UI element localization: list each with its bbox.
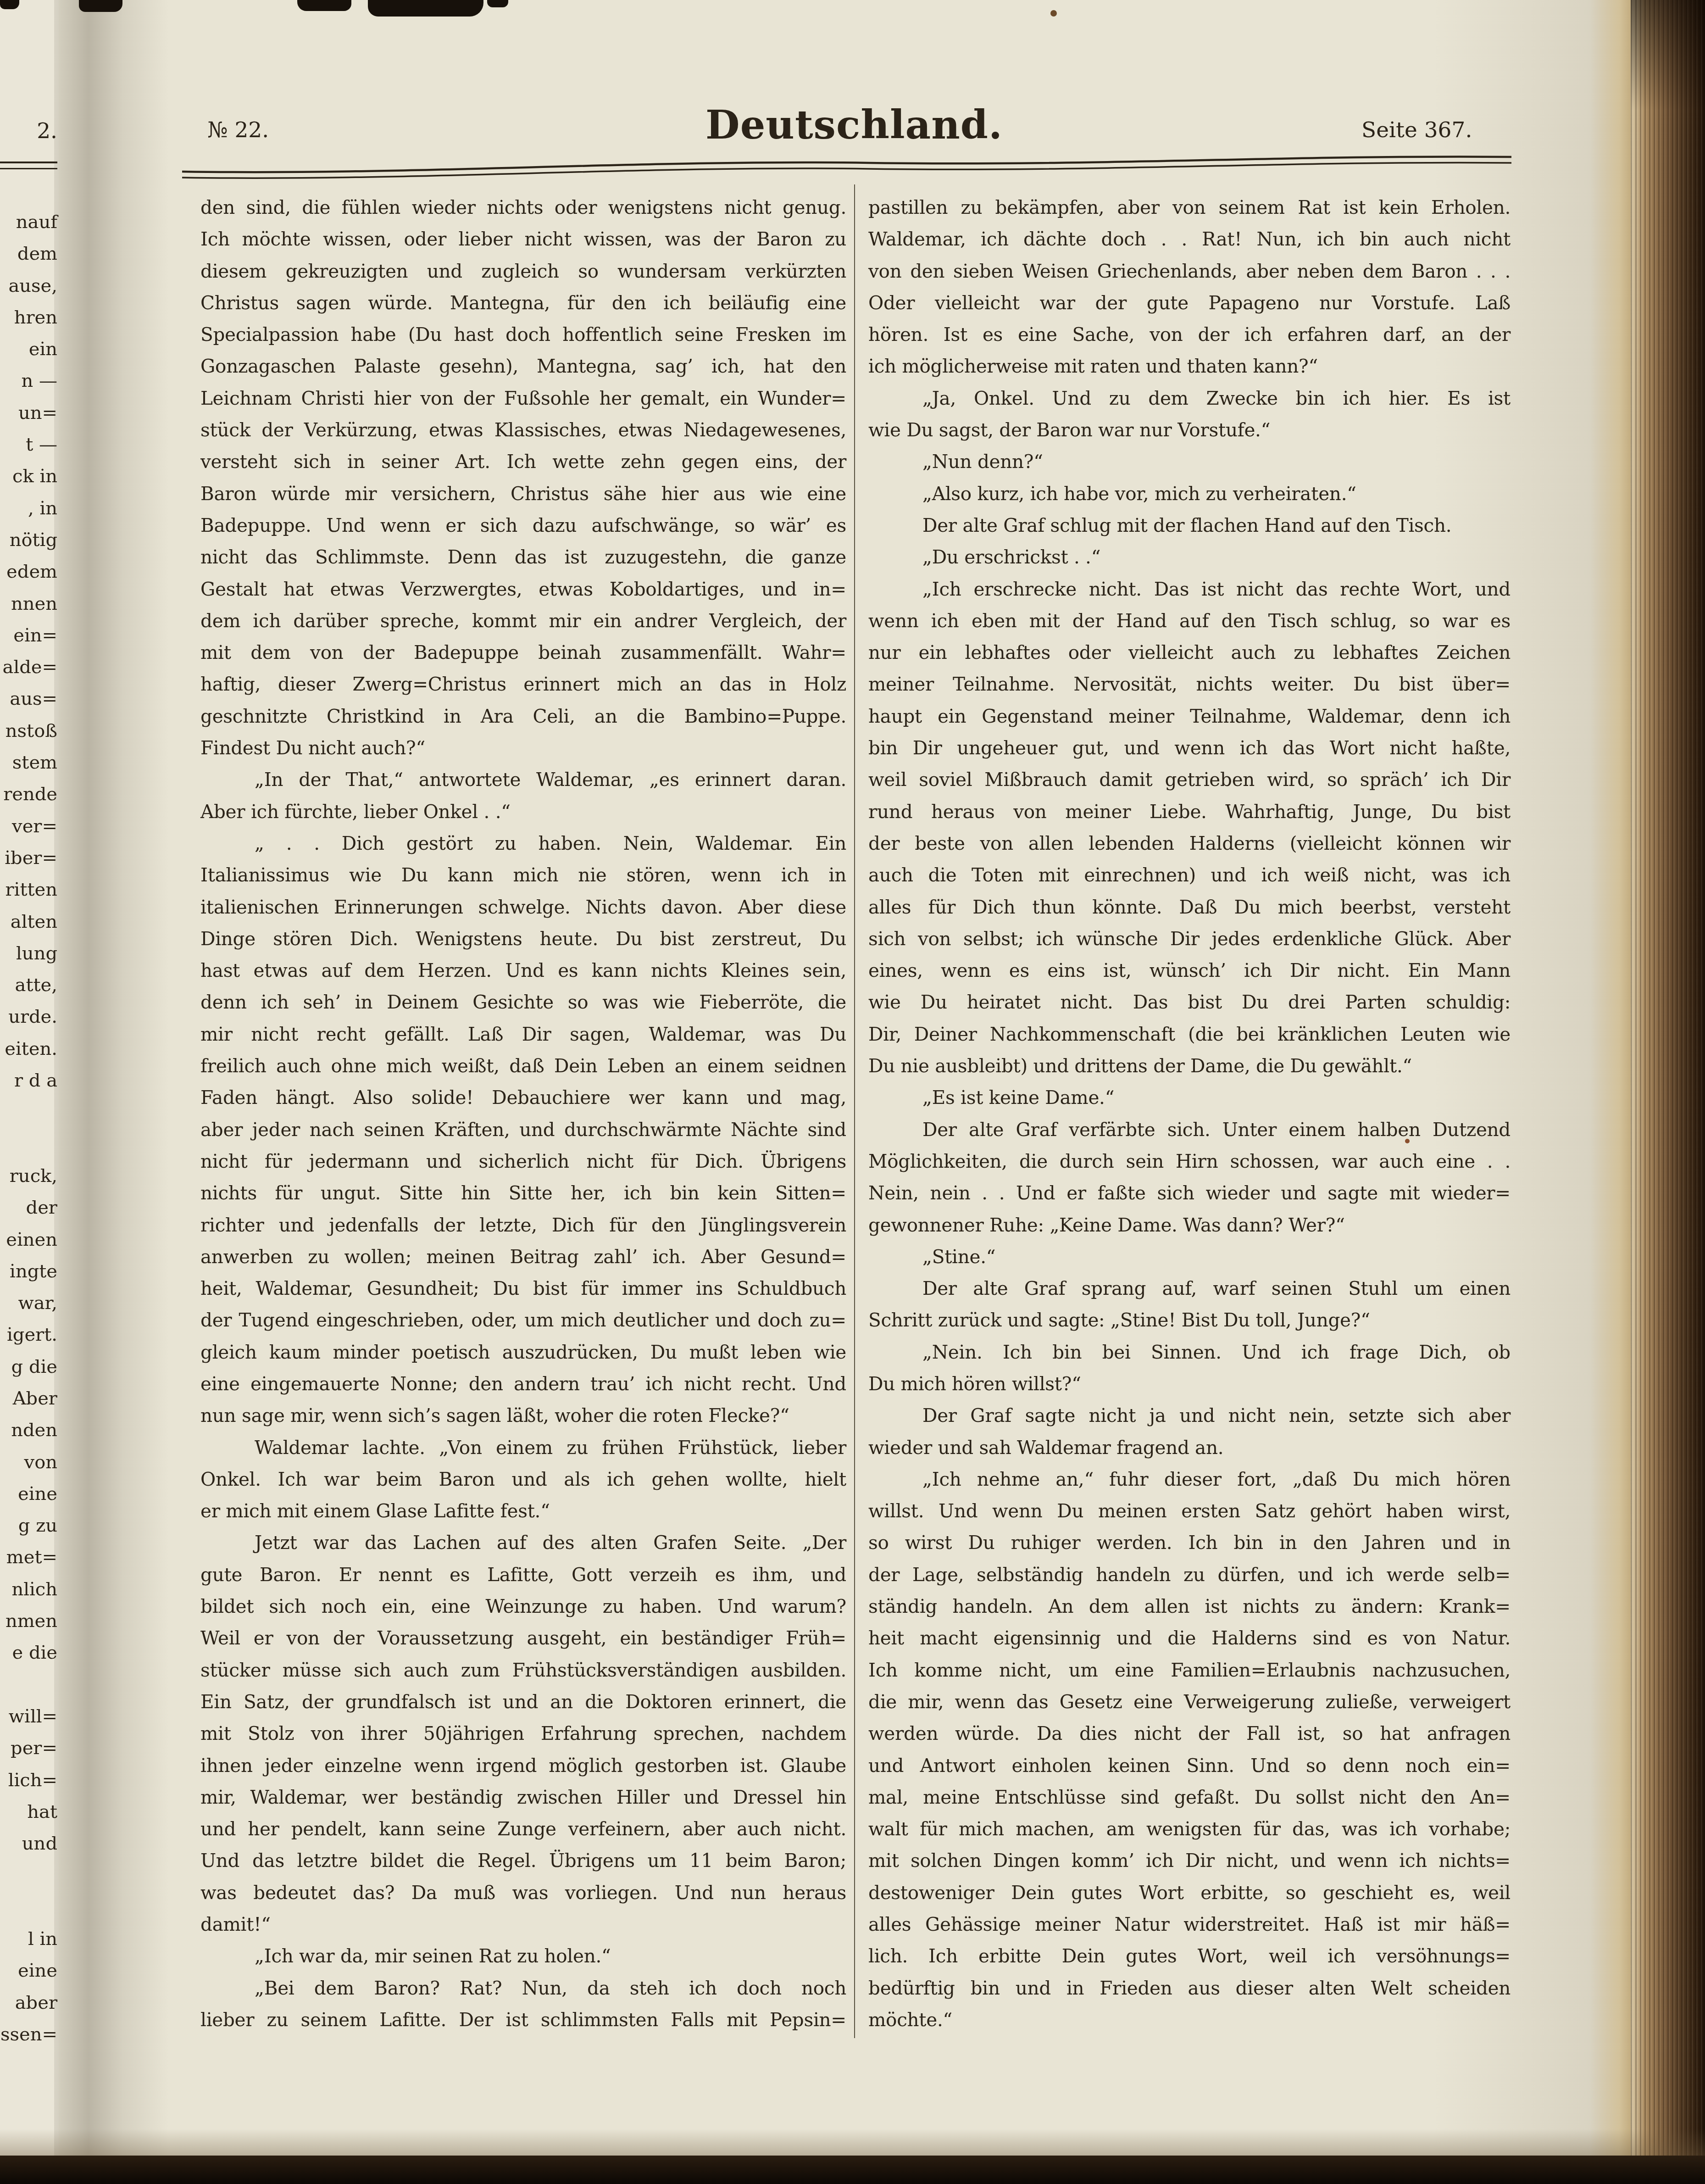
text-line: Specialpassion habe (Du hast doch hoffen… — [200, 319, 846, 351]
text-line-fragment: der — [0, 1192, 57, 1224]
text-line: auch die Toten mit einrechnen) und ich w… — [868, 859, 1511, 891]
text-line: mit dem von der Badepuppe beinah zusamme… — [200, 637, 846, 669]
text-line: bedürftig bin und in Frieden aus dieser … — [868, 1972, 1511, 2004]
text-line: werden würde. Da dies nicht der Fall ist… — [868, 1718, 1511, 1749]
text-line: Italianissimus wie Du kann mich nie stör… — [200, 859, 846, 891]
text-line: Jetzt war das Lachen auf des alten Grafe… — [200, 1527, 846, 1559]
text-line: anwerben zu wollen; meinen Beitrag zahl’… — [200, 1241, 846, 1273]
column-divider-rule — [854, 184, 855, 2038]
neighbor-header-fragment: 2. — [0, 118, 57, 144]
text-line: Der Graf sagte nicht ja und nicht nein, … — [868, 1400, 1511, 1432]
text-line: alles Gehässige meiner Natur widerstreit… — [868, 1909, 1511, 1940]
text-line-fragment: alde= — [0, 652, 57, 683]
text-line: möchte.“ — [868, 2004, 1511, 2036]
text-line-fragment: stem — [0, 747, 57, 779]
text-line: mit solchen Dingen komm’ ich Dir nicht, … — [868, 1845, 1511, 1877]
text-line-fragment: aus= — [0, 683, 57, 715]
text-line: Dir, Deiner Nachkommenschaft (die bei kr… — [868, 1019, 1511, 1050]
text-line: Und das letztre bildet die Regel. Übrige… — [200, 1845, 846, 1877]
text-line: geschnitzte Christkind in Ara Celi, an d… — [200, 701, 846, 732]
text-line-fragment: un= — [0, 397, 57, 429]
text-line-fragment: l in — [0, 1923, 57, 1955]
text-line: Ich komme nicht, um eine Familien=Erlaub… — [868, 1655, 1511, 1686]
text-line: die mir, wenn das Gesetz eine Verweigeru… — [868, 1686, 1511, 1718]
text-line-fragment: nnen — [0, 588, 57, 620]
text-line: Weil er von der Voraussetzung ausgeht, e… — [200, 1622, 846, 1654]
text-line: meiner Teilnahme. Nervosität, nichts wei… — [868, 669, 1511, 700]
text-line-fragment: nmen — [0, 1605, 57, 1637]
text-line: lieber zu seinem Lafitte. Der ist schlim… — [200, 2004, 846, 2036]
text-line-fragment: met= — [0, 1542, 57, 1573]
text-line: „Also kurz, ich habe vor, mich zu verhei… — [868, 478, 1511, 510]
text-line-fragment: iber= — [0, 842, 57, 874]
text-line: haftig, dieser Zwerg=Christus erinnert m… — [200, 669, 846, 700]
text-line: „Ja, Onkel. Und zu dem Zwecke bin ich hi… — [868, 383, 1511, 414]
text-line: der Tugend eingeschrieben, oder, um mich… — [200, 1304, 846, 1336]
text-line-fragment: eine — [0, 1955, 57, 1987]
text-line-fragment: ein — [0, 334, 57, 365]
text-line: stücker müsse sich auch zum Frühstücksve… — [200, 1655, 846, 1686]
text-line-fragment — [0, 1860, 57, 1891]
ink-speck — [1405, 1139, 1410, 1143]
text-line: der Lage, selbständig handeln zu dürfen,… — [868, 1559, 1511, 1591]
text-line-fragment: und — [0, 1828, 57, 1860]
text-line: Ein Satz, der grundfalsch ist und an die… — [200, 1686, 846, 1718]
text-line-fragment: lich= — [0, 1765, 57, 1796]
text-line: mit Stolz von ihrer 50jährigen Erfahrung… — [200, 1718, 846, 1749]
text-line-fragment: ck in — [0, 461, 57, 492]
text-line: so wirst Du ruhiger werden. Ich bin in d… — [868, 1527, 1511, 1559]
text-line: heit macht eigensinnig und die Halderns … — [868, 1622, 1511, 1654]
text-line: Du nie ausbleibt) und drittens der Dame,… — [868, 1050, 1511, 1082]
text-line: von den sieben Weisen Griechenlands, abe… — [868, 256, 1511, 287]
text-line: mir, Waldemar, wer beständig zwischen Hi… — [200, 1782, 846, 1813]
text-line: ich möglicherweise mit raten und thaten … — [868, 351, 1511, 382]
neighbor-page-sliver: 2. naufdemause,hreneinn —un=t —ck in, in… — [0, 0, 59, 2156]
header-double-rule — [181, 151, 1514, 184]
text-line: „Stine.“ — [868, 1241, 1511, 1273]
text-line-fragment — [0, 1129, 57, 1160]
text-line: Gonzagaschen Palaste gesehn), Mantegna, … — [200, 351, 846, 382]
text-line: hast etwas auf dem Herzen. Und es kann n… — [200, 955, 846, 986]
text-line: Waldemar, ich dächte doch . . Rat! Nun, … — [868, 223, 1511, 255]
text-line: er mich mit einem Glase Lafitte fest.“ — [200, 1495, 846, 1527]
text-line-fragment: t — — [0, 429, 57, 461]
text-line: destoweniger Dein gutes Wort erbitte, so… — [868, 1877, 1511, 1909]
text-line: eine eingemauerte Nonne; den andern trau… — [200, 1368, 846, 1400]
text-line: der beste von allen lebenden Halderns (v… — [868, 828, 1511, 859]
journal-title: Deutschland. — [705, 102, 1003, 148]
text-line: ihnen jeder einzelne wenn irgend möglich… — [200, 1750, 846, 1782]
text-line: Der alte Graf schlug mit der flachen Han… — [868, 510, 1511, 541]
text-line-fragment: ssen= — [0, 2019, 57, 2050]
text-line: versteht sich in seiner Art. Ich wette z… — [200, 446, 846, 478]
text-line-fragment: lung — [0, 938, 57, 969]
text-line: aber jeder nach seinen Kräften, und durc… — [200, 1114, 846, 1146]
left-column: den sind, die fühlen wieder nichts oder … — [200, 192, 846, 2036]
text-line-fragment: einen — [0, 1224, 57, 1256]
text-line: Aber ich fürchte, lieber Onkel . .“ — [200, 796, 846, 828]
right-column: pastillen zu bekämpfen, aber von seinem … — [868, 192, 1511, 2036]
text-line: alles für Dich thun könnte. Daß Du mich … — [868, 891, 1511, 923]
text-line: willst. Und wenn Du meinen ersten Satz g… — [868, 1495, 1511, 1527]
text-line: „In der That,“ antwortete Waldemar, „es … — [200, 764, 846, 796]
text-line-fragment: eiten. — [0, 1033, 57, 1065]
text-line: wieder und sah Waldemar fragend an. — [868, 1432, 1511, 1464]
text-line: was bedeutet das? Da muß was vorliegen. … — [200, 1877, 846, 1909]
text-line: Baron würde mir versichern, Christus säh… — [200, 478, 846, 510]
text-line-fragment: hat — [0, 1796, 57, 1828]
text-line-fragment — [0, 1669, 57, 1701]
text-line: wie Du heiratet nicht. Das bist Du drei … — [868, 986, 1511, 1018]
text-line: den sind, die fühlen wieder nichts oder … — [200, 192, 846, 223]
text-line-fragment: g zu — [0, 1510, 57, 1542]
text-line: Der alte Graf sprang auf, warf seinen St… — [868, 1273, 1511, 1304]
text-line-fragment: nden — [0, 1415, 57, 1446]
text-line: mal, meine Entschlüsse sind gefaßt. Du s… — [868, 1782, 1511, 1813]
text-line: Der alte Graf verfärbte sich. Unter eine… — [868, 1114, 1511, 1146]
text-line: weil soviel Mißbrauch damit getrieben wi… — [868, 764, 1511, 796]
text-line: haupt ein Gegenstand meiner Teilnahme, W… — [868, 701, 1511, 732]
text-line: gewonnener Ruhe: „Keine Dame. Was dann? … — [868, 1209, 1511, 1241]
text-line: richter und jedenfalls der letzte, Dich … — [200, 1209, 846, 1241]
text-line: mir nicht recht gefällt. Laß Dir sagen, … — [200, 1019, 846, 1050]
text-line: stück der Verkürzung, etwas Klassisches,… — [200, 414, 846, 446]
bottom-page-shadow — [0, 2129, 1705, 2156]
text-line: „Ich erschrecke nicht. Das ist nicht das… — [868, 574, 1511, 605]
text-line: Faden hängt. Also solide! Debauchiere we… — [200, 1082, 846, 1114]
text-line: Nein, nein . . Und er faßte sich wieder … — [868, 1177, 1511, 1209]
text-line: „Du erschrickst . .“ — [868, 541, 1511, 573]
text-line-fragment: hren — [0, 302, 57, 334]
text-line-fragment: ruck, — [0, 1160, 57, 1192]
text-line-fragment: r d a — [0, 1065, 57, 1097]
text-line: nichts für ungut. Sitte hin Sitte her, i… — [200, 1177, 846, 1209]
text-line: und her pendelt, kann seine Zunge verfei… — [200, 1813, 846, 1845]
smudge-mark — [368, 0, 483, 17]
text-line: nicht für jedermann und sicherlich nicht… — [200, 1146, 846, 1177]
text-line: Badepuppe. Und wenn er sich dazu aufschw… — [200, 510, 846, 541]
text-line: Findest Du nicht auch?“ — [200, 732, 846, 764]
text-line-fragment: atte, — [0, 969, 57, 1001]
text-line: hören. Ist es eine Sache, von der ich er… — [868, 319, 1511, 351]
text-line: und Antwort einholen keinen Sinn. Und so… — [868, 1750, 1511, 1782]
text-line-fragment: ause, — [0, 270, 57, 302]
text-line: gute Baron. Er nennt es Lafitte, Gott ve… — [200, 1559, 846, 1591]
text-line-fragment: urde. — [0, 1001, 57, 1033]
gutter-shadow — [54, 0, 169, 2184]
text-line-fragment: will= — [0, 1701, 57, 1733]
book-cover-edge — [0, 2156, 1705, 2184]
text-line: pastillen zu bekämpfen, aber von seinem … — [868, 192, 1511, 223]
text-line: walt für mich machen, am wenigsten für d… — [868, 1813, 1511, 1845]
text-line: damit!“ — [200, 1909, 846, 1940]
text-line-fragment: e die — [0, 1637, 57, 1669]
text-line-fragment: nstoß — [0, 715, 57, 747]
text-line-fragment: nlich — [0, 1574, 57, 1605]
text-line: ständig handeln. An dem allen ist nichts… — [868, 1591, 1511, 1622]
text-line: nur ein lebhaftes oder vielleicht auch z… — [868, 637, 1511, 669]
text-line: nicht das Schlimmste. Denn das ist zuzug… — [200, 541, 846, 573]
text-line: heit, Waldemar, Gesundheit; Du bist für … — [200, 1273, 846, 1304]
text-line-fragment: nötig — [0, 524, 57, 556]
text-line: Waldemar lachte. „Von einem zu frühen Fr… — [200, 1432, 846, 1464]
text-line: Dinge stören Dich. Wenigstens heute. Du … — [200, 923, 846, 955]
text-line-fragment: Aber — [0, 1383, 57, 1415]
book-fore-edge — [1631, 0, 1705, 2184]
text-line: „Nein. Ich bin bei Sinnen. Und ich frage… — [868, 1337, 1511, 1368]
page-edge-curl — [1590, 0, 1632, 2156]
text-line: nun sage mir, wenn sich’s sagen läßt, wo… — [200, 1400, 846, 1432]
text-line: diesem gekreuzigten und zugleich so wund… — [200, 256, 846, 287]
text-line-fragment: war, — [0, 1287, 57, 1319]
text-line-fragment: g die — [0, 1351, 57, 1383]
text-line: freilich auch ohne mich weißt, daß Dein … — [200, 1050, 846, 1082]
neighbor-header-rule-fragment — [0, 162, 57, 169]
text-line-fragment: per= — [0, 1733, 57, 1764]
text-line-fragment: aber — [0, 1987, 57, 2019]
text-line: italienischen Erinnerungen schwelge. Nic… — [200, 891, 846, 923]
text-line-fragment: ver= — [0, 811, 57, 842]
scanned-page-photo: 2. naufdemause,hreneinn —un=t —ck in, in… — [0, 0, 1705, 2184]
text-line: wie Du sagst, der Baron war nur Vorstufe… — [868, 414, 1511, 446]
text-line: Ich möchte wissen, oder lieber nicht wis… — [200, 223, 846, 255]
text-line: rund heraus von meiner Liebe. Wahrhaftig… — [868, 796, 1511, 828]
text-line-fragment — [0, 1892, 57, 1923]
text-line-fragment: edem — [0, 556, 57, 588]
text-line-fragment: eine — [0, 1478, 57, 1510]
text-line-fragment: rende — [0, 779, 57, 810]
text-line-fragment: n — — [0, 365, 57, 397]
text-line: lich. Ich erbitte Dein gutes Wort, weil … — [868, 1940, 1511, 1972]
text-line: „Es ist keine Dame.“ — [868, 1082, 1511, 1114]
text-line-fragment: alten — [0, 906, 57, 938]
smudge-mark — [297, 0, 351, 11]
text-line-fragment — [0, 1097, 57, 1128]
text-line: dem ich darüber spreche, kommt mir ein a… — [200, 605, 846, 637]
text-line: bin Dir ungeheuer gut, und wenn ich das … — [868, 732, 1511, 764]
text-line: Du mich hören willst?“ — [868, 1368, 1511, 1400]
text-line: „ . . Dich gestört zu haben. Nein, Walde… — [200, 828, 846, 859]
smudge-mark — [0, 0, 19, 9]
text-line-fragment: igert. — [0, 1319, 57, 1351]
text-line: „Ich nehme an,“ fuhr dieser fort, „daß D… — [868, 1464, 1511, 1495]
text-line: Leichnam Christi hier von der Fußsohle h… — [200, 383, 846, 414]
text-line: gleich kaum minder poetisch auszudrücken… — [200, 1337, 846, 1368]
text-line-fragment: dem — [0, 238, 57, 270]
text-line-fragment: ingte — [0, 1256, 57, 1287]
text-line: sich von selbst; ich wünsche Dir jedes e… — [868, 923, 1511, 955]
text-line: Möglichkeiten, die durch sein Hirn schos… — [868, 1146, 1511, 1177]
neighbor-page-fragments: naufdemause,hreneinn —un=t —ck in, innöt… — [0, 206, 57, 2050]
text-line-fragment: nauf — [0, 206, 57, 238]
text-line-fragment: ein= — [0, 620, 57, 652]
text-line: Christus sagen würde. Mantegna, für den … — [200, 287, 846, 319]
smudge-mark — [487, 0, 508, 7]
text-line: Onkel. Ich war beim Baron und als ich ge… — [200, 1464, 846, 1495]
text-line: denn ich seh’ in Deinem Gesichte so was … — [200, 986, 846, 1018]
smudge-mark — [79, 0, 122, 12]
text-line: wenn ich eben mit der Hand auf den Tisch… — [868, 605, 1511, 637]
text-line: „Bei dem Baron? Rat? Nun, da steh ich do… — [200, 1972, 846, 2004]
text-line: bildet sich noch ein, eine Weinzunge zu … — [200, 1591, 846, 1622]
text-line: Gestalt hat etwas Verzwergtes, etwas Kob… — [200, 574, 846, 605]
page-number: Seite 367. — [1361, 117, 1472, 143]
text-line: Oder vielleicht war der gute Papageno nu… — [868, 287, 1511, 319]
text-line-fragment: ritten — [0, 874, 57, 906]
issue-number: № 22. — [207, 117, 269, 143]
text-line: Schritt zurück und sagte: „Stine! Bist D… — [868, 1304, 1511, 1336]
text-line: „Nun denn?“ — [868, 446, 1511, 478]
text-line: „Ich war da, mir seinen Rat zu holen.“ — [200, 1940, 846, 1972]
text-line-fragment: , in — [0, 493, 57, 524]
ink-speck — [1050, 10, 1057, 17]
text-line-fragment: von — [0, 1447, 57, 1478]
text-line: eines, wenn es eins ist, wünsch’ ich Dir… — [868, 955, 1511, 986]
